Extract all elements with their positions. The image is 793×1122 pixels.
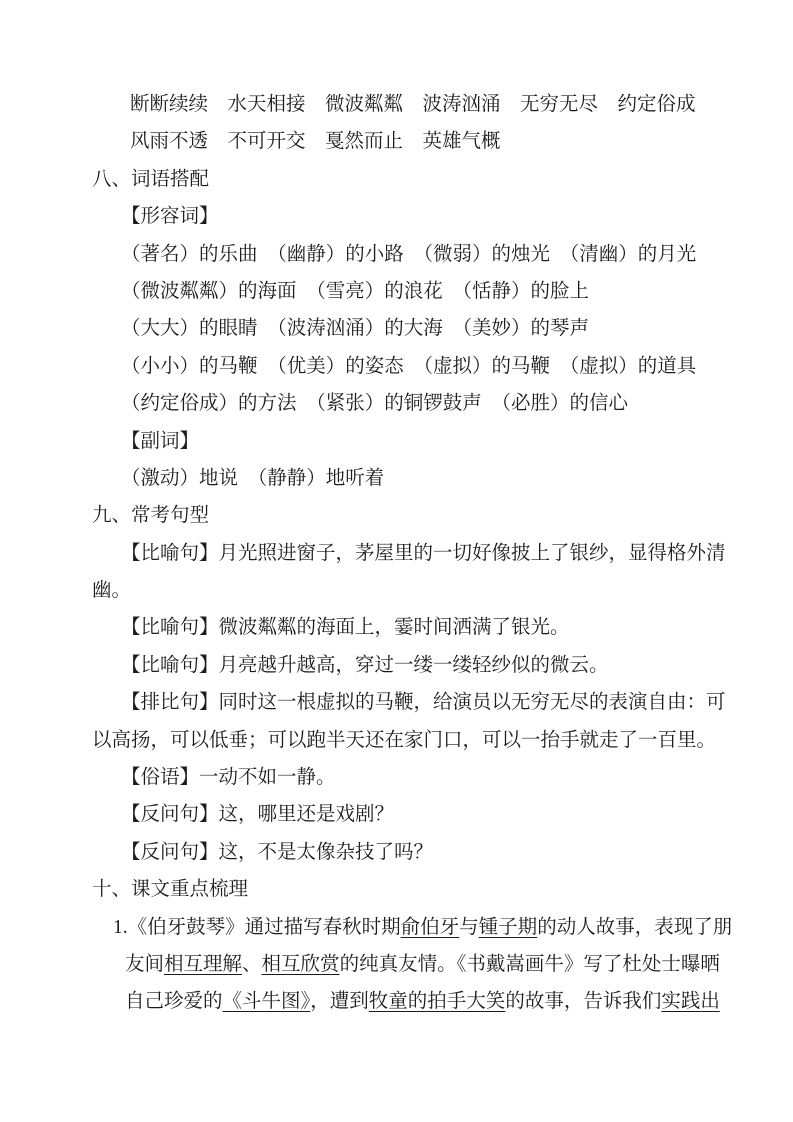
summary-text: 1.《伯牙鼓琴》通过描写春秋时期 — [113, 917, 401, 938]
summary-item-line: 1.《伯牙鼓琴》通过描写春秋时期俞伯牙与锺子期的动人故事，表现了朋 — [92, 909, 723, 946]
summary-item-line: 自己珍爱的《斗牛图》，遭到牧童的拍手大笑的故事，告诉我们实践出 — [92, 983, 723, 1020]
sentence-line-simile-3: 【比喻句】月亮越升越高，穿过一缕一缕轻纱似的微云。 — [92, 647, 723, 684]
underlined-phrase: 牧童的拍手大笑 — [369, 991, 506, 1012]
sentence-line-proverb: 【俗语】一动不如一静。 — [92, 759, 723, 796]
sentence-line-rhetorical-1: 【反问句】这，哪里还是戏剧？ — [92, 796, 723, 833]
summary-item-line: 友间相互理解、相互欣赏的纯真友情。《书戴嵩画牛》写了杜处士曝晒 — [92, 946, 723, 983]
sentence-line-simile-2: 【比喻句】微波粼粼的海面上，霎时间洒满了银光。 — [92, 609, 723, 646]
adjective-collocation-row: （大大）的眼睛 （波涛汹涌）的大海 （美妙）的琴声 — [92, 310, 723, 347]
underlined-phrase: 锺子期 — [479, 917, 538, 938]
section-heading-text-key-points: 十、课文重点梳理 — [92, 871, 723, 908]
summary-text: 、 — [242, 954, 262, 975]
summary-text: 的故事，告诉我们 — [505, 991, 661, 1012]
sentence-line-simile-1: 【比喻句】月光照进窗子，茅屋里的一切好像披上了银纱，显得格外清 — [92, 535, 723, 572]
word-list-row: 风雨不透 不可开交 戛然而止 英雄气概 — [92, 123, 723, 160]
section-heading-sentence-patterns: 九、常考句型 — [92, 497, 723, 534]
adjective-label: 【形容词】 — [92, 198, 723, 235]
summary-text: 与 — [459, 917, 479, 938]
section-heading-word-collocation: 八、词语搭配 — [92, 161, 723, 198]
sentence-line-parallelism-cont: 以高扬，可以低垂；可以跑半天还在家门口，可以一抬手就走了一百里。 — [92, 722, 723, 759]
adverb-collocation-row: （激动）地说 （静静）地听着 — [92, 460, 723, 497]
adjective-collocation-row: （约定俗成）的方法 （紧张）的铜锣鼓声 （必胜）的信心 — [92, 385, 723, 422]
sentence-line-simile-1-cont: 幽。 — [92, 572, 723, 609]
summary-text: 友间 — [125, 954, 164, 975]
underlined-phrase: 相互理解 — [164, 954, 242, 975]
adjective-collocation-row: （微波粼粼）的海面 （雪亮）的浪花 （恬静）的脸上 — [92, 273, 723, 310]
adjective-collocation-row: （著名）的乐曲 （幽静）的小路 （微弱）的烛光 （清幽）的月光 — [92, 236, 723, 273]
word-list-row: 断断续续 水天相接 微波粼粼 波涛汹涌 无穷无尽 约定俗成 — [92, 86, 723, 123]
sentence-line-parallelism: 【排比句】同时这一根虚拟的马鞭，给演员以无穷无尽的表演自由：可 — [92, 684, 723, 721]
document-page: 断断续续 水天相接 微波粼粼 波涛汹涌 无穷无尽 约定俗成 风雨不透 不可开交 … — [0, 0, 793, 1122]
adjective-collocation-row: （小小）的马鞭 （优美）的姿态 （虚拟）的马鞭 （虚拟）的道具 — [92, 348, 723, 385]
summary-text: ，遭到 — [310, 991, 369, 1012]
underlined-phrase: 俞伯牙 — [401, 917, 460, 938]
summary-text: 自己珍爱的 — [125, 991, 223, 1012]
summary-text: 的纯真友情。《书戴嵩画牛》写了杜处士曝晒 — [340, 954, 720, 975]
sentence-line-rhetorical-2: 【反问句】这，不是太像杂技了吗？ — [92, 834, 723, 871]
underlined-phrase: 相互欣赏 — [262, 954, 340, 975]
underlined-phrase: 实践出 — [661, 991, 720, 1012]
summary-text: 的动人故事，表现了朋 — [537, 917, 732, 938]
underlined-phrase: 《斗牛图》 — [223, 991, 311, 1012]
adverb-label: 【副词】 — [92, 423, 723, 460]
